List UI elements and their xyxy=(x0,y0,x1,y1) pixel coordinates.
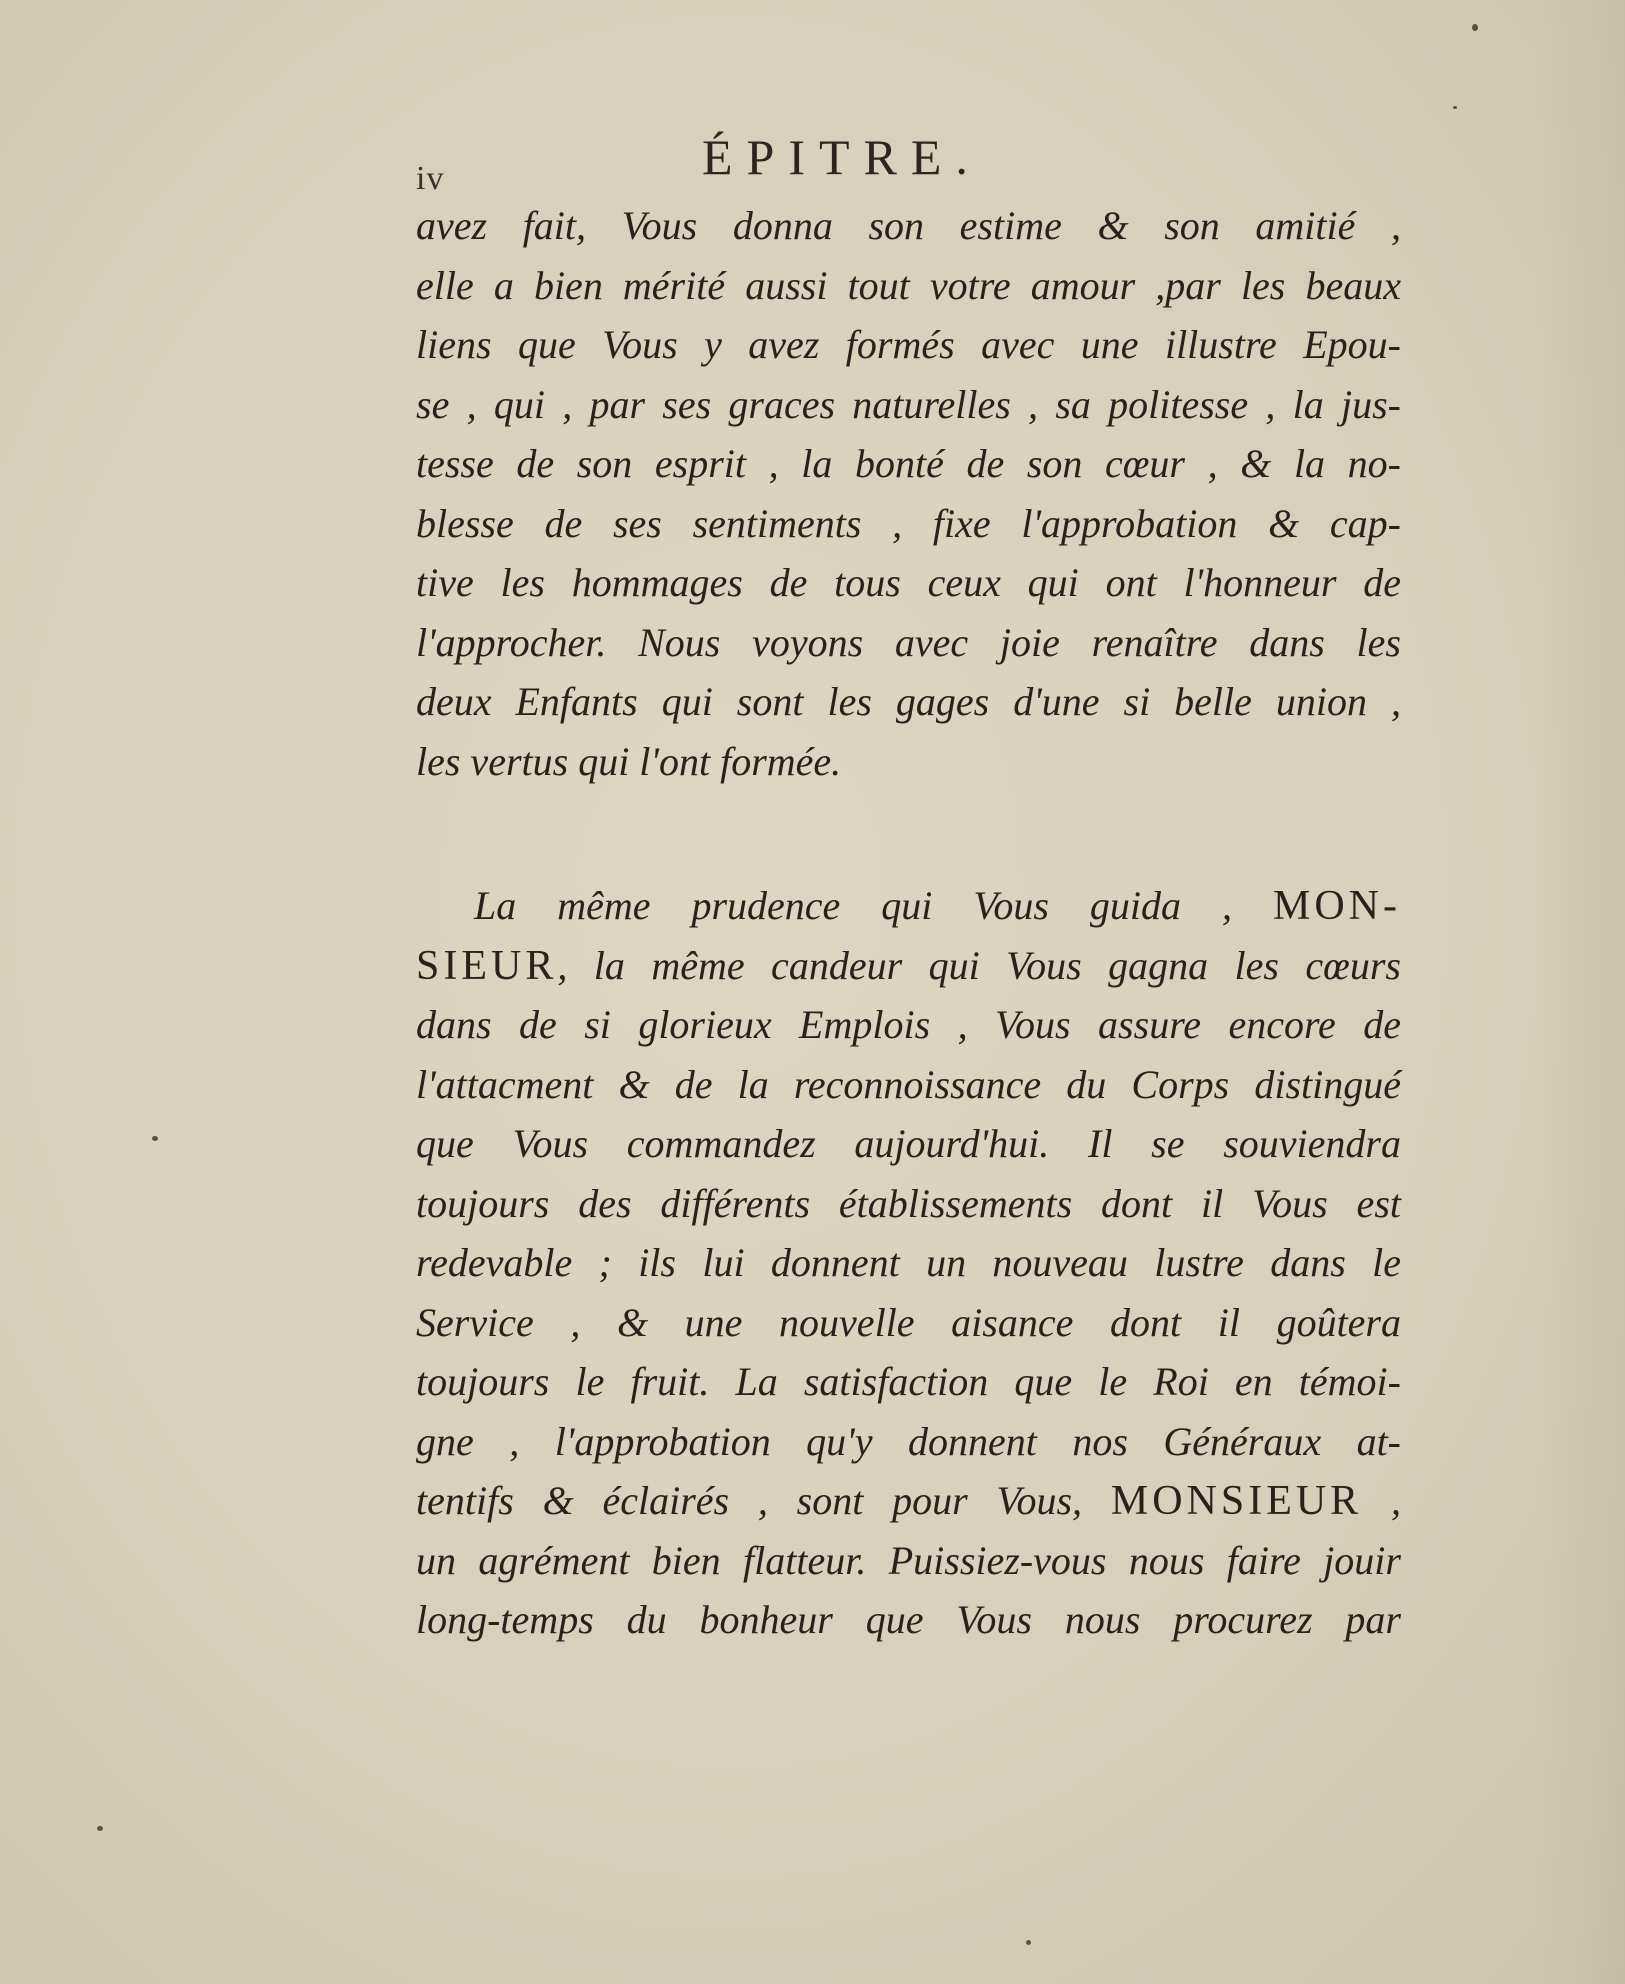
paragraph-1: avez fait, Vous donna son estime & son a… xyxy=(416,196,1401,791)
text-line: La même prudence qui Vous guida , MON- xyxy=(416,876,1401,936)
text-line: redevable ; ils lui donnent un nouveau l… xyxy=(416,1233,1401,1293)
text-run: , la même candeur qui Vous gagna les cœu… xyxy=(557,943,1401,988)
text-line: dans de si glorieux Emplois , Vous assur… xyxy=(416,995,1401,1055)
page-number: iv xyxy=(416,160,444,198)
paper-speck xyxy=(1472,24,1478,31)
paper-speck xyxy=(152,1136,158,1141)
text-line: les vertus qui l'ont formée. xyxy=(416,732,1401,792)
text-line: long-temps du bonheur que Vous nous proc… xyxy=(416,1590,1401,1650)
salutation-caps: MONSIEUR xyxy=(1111,1478,1362,1524)
text-line: elle a bien mérité aussi tout votre amou… xyxy=(416,256,1401,316)
text-line: un agrément bien flatteur. Puissiez-vous… xyxy=(416,1531,1401,1591)
text-line: avez fait, Vous donna son estime & son a… xyxy=(416,196,1401,256)
text-run: , xyxy=(1362,1478,1401,1523)
text-line: blesse de ses sentiments , fixe l'approb… xyxy=(416,494,1401,554)
text-line: Service , & une nouvelle aisance dont il… xyxy=(416,1293,1401,1353)
salutation-caps: SIEUR xyxy=(416,943,557,989)
text-line: se , qui , par ses graces naturelles , s… xyxy=(416,375,1401,435)
text-line: tesse de son esprit , la bonté de son cœ… xyxy=(416,434,1401,494)
text-run: tentifs & éclairés , sont pour Vous, xyxy=(416,1478,1111,1523)
text-line: tentifs & éclairés , sont pour Vous, MON… xyxy=(416,1471,1401,1531)
page-header: iv ÉPITRE. xyxy=(416,128,1416,188)
text-line: l'approcher. Nous voyons avec joie renaî… xyxy=(416,613,1401,673)
paper-speck xyxy=(97,1826,103,1831)
paper-speck xyxy=(1026,1940,1031,1945)
text-line: que Vous commandez aujourd'hui. Il se so… xyxy=(416,1114,1401,1174)
text-line: toujours des différents établissements d… xyxy=(416,1174,1401,1234)
text-line: SIEUR, la même candeur qui Vous gagna le… xyxy=(416,936,1401,996)
text-line: tive les hommages de tous ceux qui ont l… xyxy=(416,553,1401,613)
paper-speck xyxy=(1453,106,1457,109)
salutation-caps: MON- xyxy=(1273,883,1401,929)
text-line: l'attacment & de la reconnoissance du Co… xyxy=(416,1055,1401,1115)
text-line: liens que Vous y avez formés avec une il… xyxy=(416,315,1401,375)
text-run: La même prudence qui Vous guida , xyxy=(474,883,1273,928)
body-text: avez fait, Vous donna son estime & son a… xyxy=(416,196,1401,1650)
text-line: deux Enfants qui sont les gages d'une si… xyxy=(416,672,1401,732)
paragraph-2: La même prudence qui Vous guida , MON- S… xyxy=(416,876,1401,1650)
text-line: gne , l'approbation qu'y donnent nos Gén… xyxy=(416,1412,1401,1472)
paragraph-spacer xyxy=(416,791,1401,876)
running-title: ÉPITRE. xyxy=(702,128,982,186)
text-line: toujours le fruit. La satisfaction que l… xyxy=(416,1352,1401,1412)
